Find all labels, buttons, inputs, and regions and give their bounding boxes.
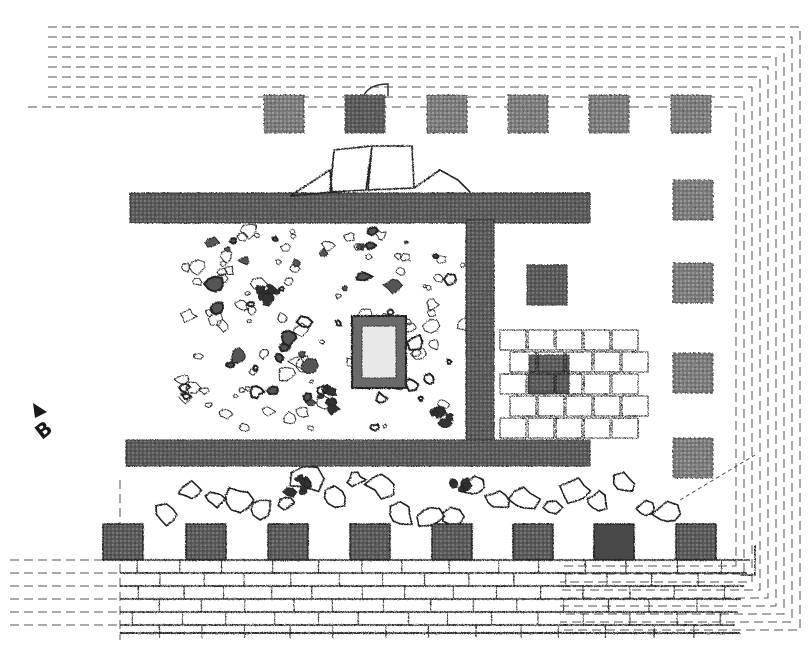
site-plan-drawing <box>0 0 810 659</box>
bottom-pier-row <box>103 524 716 560</box>
rubble-fill <box>156 224 680 526</box>
right-pier-column <box>527 180 713 478</box>
vertical-beam <box>466 220 494 442</box>
upper-stones <box>290 146 470 196</box>
top-pier-row <box>264 84 711 133</box>
central-niche <box>352 316 406 388</box>
section-marker <box>33 403 47 418</box>
triangle-arrow-icon <box>33 403 47 418</box>
upper-beam <box>130 193 590 223</box>
lower-beam <box>126 440 590 466</box>
